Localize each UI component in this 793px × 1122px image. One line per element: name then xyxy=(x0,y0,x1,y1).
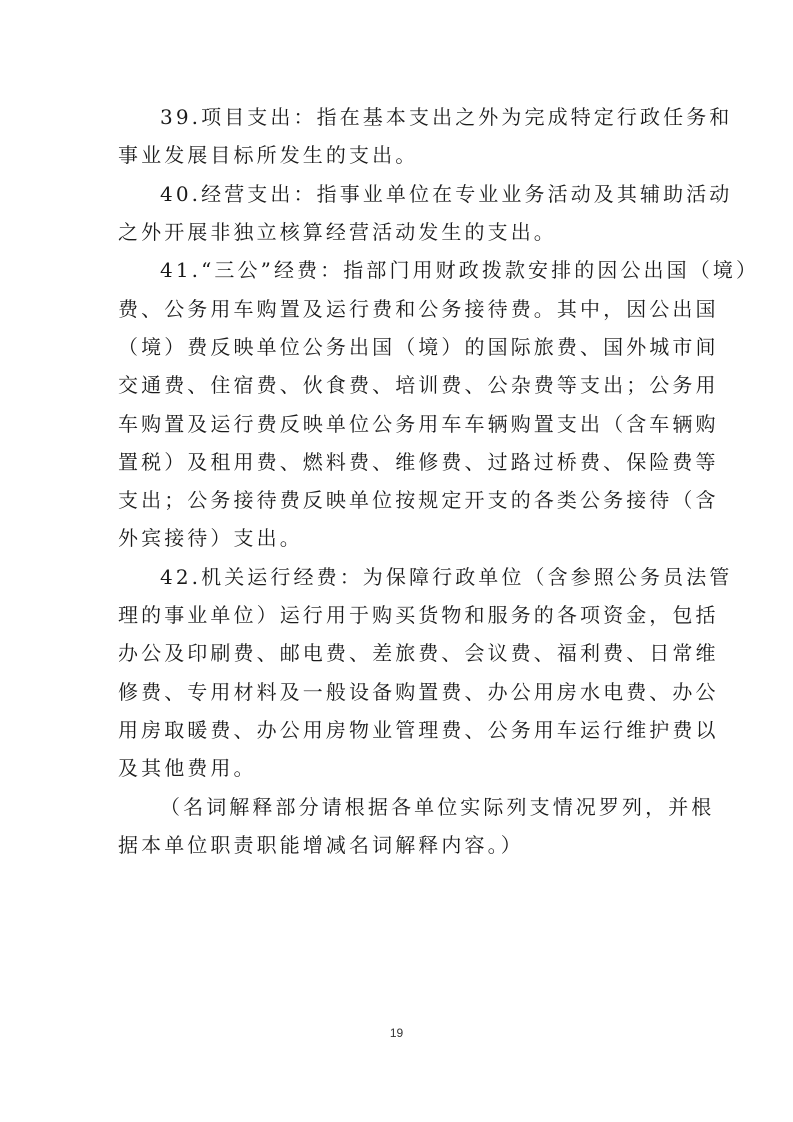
paragraph-41-line-7: 支出；公务接待费反映单位按规定开支的各类公务接待（含 xyxy=(118,487,678,513)
paragraph-39-line-2: 事业发展目标所发生的支出。 xyxy=(118,142,678,168)
page-number: 19 xyxy=(0,1026,793,1040)
paragraph-39-line-1: 39.项目支出：指在基本支出之外为完成特定行政任务和 xyxy=(160,104,720,130)
note-line-2: 据本单位职责职能增减名词解释内容。） xyxy=(118,832,678,858)
paragraph-41-line-5: 车购置及运行费反映单位公务用车车辆购置支出（含车辆购 xyxy=(118,411,678,437)
note-line-1: （名词解释部分请根据各单位实际列支情况罗列，并根 xyxy=(160,794,720,820)
paragraph-42-line-3: 办公及印刷费、邮电费、差旅费、会议费、福利费、日常维 xyxy=(118,640,678,666)
paragraph-40-line-1: 40.经营支出：指事业单位在专业业务活动及其辅助活动 xyxy=(160,181,720,207)
paragraph-41-line-1: 41.“三公”经费：指部门用财政拨款安排的因公出国（境） xyxy=(160,257,720,283)
paragraph-41-line-8: 外宾接待）支出。 xyxy=(118,525,678,551)
paragraph-42-line-2: 理的事业单位）运行用于购买货物和服务的各项资金，包括 xyxy=(118,602,678,628)
paragraph-42-line-6: 及其他费用。 xyxy=(118,755,678,781)
paragraph-40-line-2: 之外开展非独立核算经营活动发生的支出。 xyxy=(118,219,678,245)
document-page: 39.项目支出：指在基本支出之外为完成特定行政任务和 事业发展目标所发生的支出。… xyxy=(0,0,793,1122)
paragraph-41-line-4: 交通费、住宿费、伙食费、培训费、公杂费等支出；公务用 xyxy=(118,372,678,398)
paragraph-42-line-1: 42.机关运行经费：为保障行政单位（含参照公务员法管 xyxy=(160,564,720,590)
paragraph-42-line-5: 用房取暖费、办公用房物业管理费、公务用车运行维护费以 xyxy=(118,717,678,743)
paragraph-41-line-3: （境）费反映单位公务出国（境）的国际旅费、国外城市间 xyxy=(118,334,678,360)
paragraph-42-line-4: 修费、专用材料及一般设备购置费、办公用房水电费、办公 xyxy=(118,679,678,705)
paragraph-41-line-6: 置税）及租用费、燃料费、维修费、过路过桥费、保险费等 xyxy=(118,449,678,475)
paragraph-41-line-2: 费、公务用车购置及运行费和公务接待费。其中，因公出国 xyxy=(118,296,678,322)
